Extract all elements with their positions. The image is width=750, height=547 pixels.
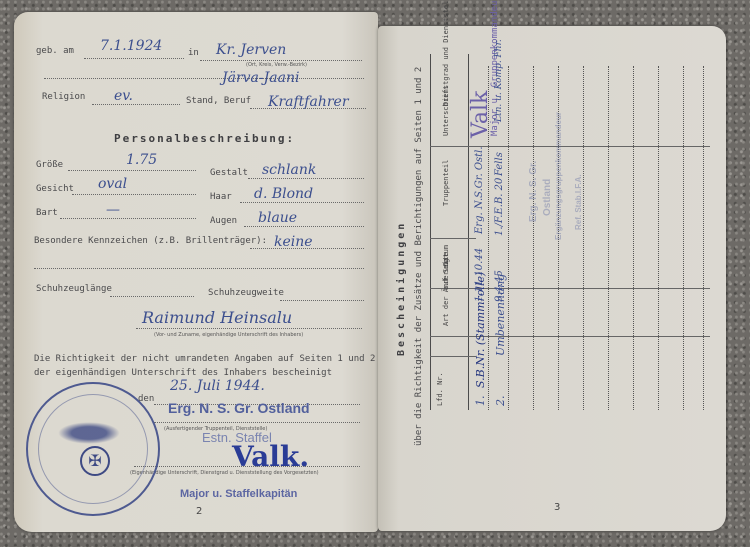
row1-datum: 1.11.10.44 (474, 248, 485, 302)
faded-stamp-2: Ostland (542, 179, 553, 216)
haar-value: d. Blond (254, 186, 313, 202)
row1-nr: 1. (474, 396, 487, 407)
page-number-2: 2 (196, 506, 202, 517)
groesse-label: Größe (36, 160, 63, 170)
kennzeichen-label: Besondere Kennzeichen (z.B. Brillenträge… (34, 236, 267, 246)
birth-place: Kr. Jerven (216, 42, 286, 58)
signature-caption: (Vor- und Zuname, eigenhändige Unterschr… (154, 332, 303, 338)
augen-label: Augen (210, 216, 237, 226)
religion-label: Religion (42, 92, 85, 102)
officer-signature: Valk. (232, 440, 309, 473)
date-signed: 25. Juli 1944. (170, 378, 265, 394)
col-header-truppenteil: Truppenteil (442, 160, 450, 206)
in-label: in (188, 48, 199, 58)
occupation-label: Stand, Beruf (186, 96, 251, 106)
birth-place-line2: Järva-Jaani (222, 70, 299, 86)
faded-stamp-1: Erg. N. S. Gr. (528, 161, 539, 222)
certification-line2: der eigenhändigen Unterschrift des Inhab… (34, 368, 332, 378)
schuhlaenge-label: Schuhzeuglänge (36, 284, 112, 294)
gestalt-label: Gestalt (210, 168, 248, 178)
officer-rank: Major u. Staffelkapitän (180, 488, 297, 500)
religion-value: ev. (114, 88, 133, 104)
faded-stamp-4: Ref. Stab.I.F.A. (574, 174, 583, 230)
groesse-value: 1.75 (126, 152, 157, 168)
bart-value: — (106, 202, 120, 218)
occupation-value: Kraftfahrer (268, 94, 349, 110)
row2-nr: 2. (494, 396, 507, 407)
eagle-icon (58, 422, 120, 444)
unit-stamp: Erg. N. S. Gr. Ostland (168, 400, 310, 416)
right-page: Bescheinigungen über die Richtigkeit der… (378, 26, 726, 531)
bart-label: Bart (36, 208, 58, 218)
emblem-icon: ✠ (80, 446, 110, 476)
gesicht-label: Gesicht (36, 184, 74, 194)
faded-stamp-3: Ergänzungsgruppenkommandeur (554, 112, 563, 240)
col-header-dienstgrad: Dienstgrad und Dienststellung (442, 0, 450, 106)
gestalt-value: schlank (262, 162, 316, 178)
schuhweite-label: Schuhzeugweite (208, 288, 284, 298)
certification-line1: Die Richtigkeit der nicht umrandeten Ang… (34, 354, 397, 364)
kennzeichen-value: keine (274, 234, 313, 250)
right-page-title: Bescheinigungen (396, 221, 407, 356)
row2-dienstgrad: Ltn. u. Komp. Fhr. (494, 39, 504, 122)
holder-signature: Raimund Heinsalu (142, 308, 292, 327)
officer-caption: (Eigenhändige Unterschrift, Dienstgrad u… (130, 470, 319, 476)
gesicht-value: oval (98, 176, 127, 192)
haar-label: Haar (210, 192, 232, 202)
augen-value: blaue (258, 210, 297, 226)
row2-datum: 9.4.45 (494, 270, 505, 302)
row2-truppenteil: 1./F.E.B. 20 (494, 178, 505, 236)
round-unit-stamp: ✠ (26, 382, 160, 516)
right-page-subtitle: über die Richtigkeit der Zusätze und Ber… (414, 67, 424, 446)
row1-truppenteil: Erg. N.S.Gr. Ostl. (474, 146, 485, 234)
section-title: Personalbeschreibung: (114, 132, 295, 145)
born-label: geb. am (36, 46, 74, 56)
row2-unterschrift: Fells (494, 152, 505, 176)
birth-date: 7.1.1924 (100, 38, 162, 54)
col-header-nr: Lfd. Nr. (436, 372, 444, 406)
col-header-datum: Datum (442, 245, 450, 266)
page-number-3: 3 (554, 502, 560, 513)
place-hint: (Ort, Kreis, Verw.-Bezirk) (246, 62, 307, 68)
